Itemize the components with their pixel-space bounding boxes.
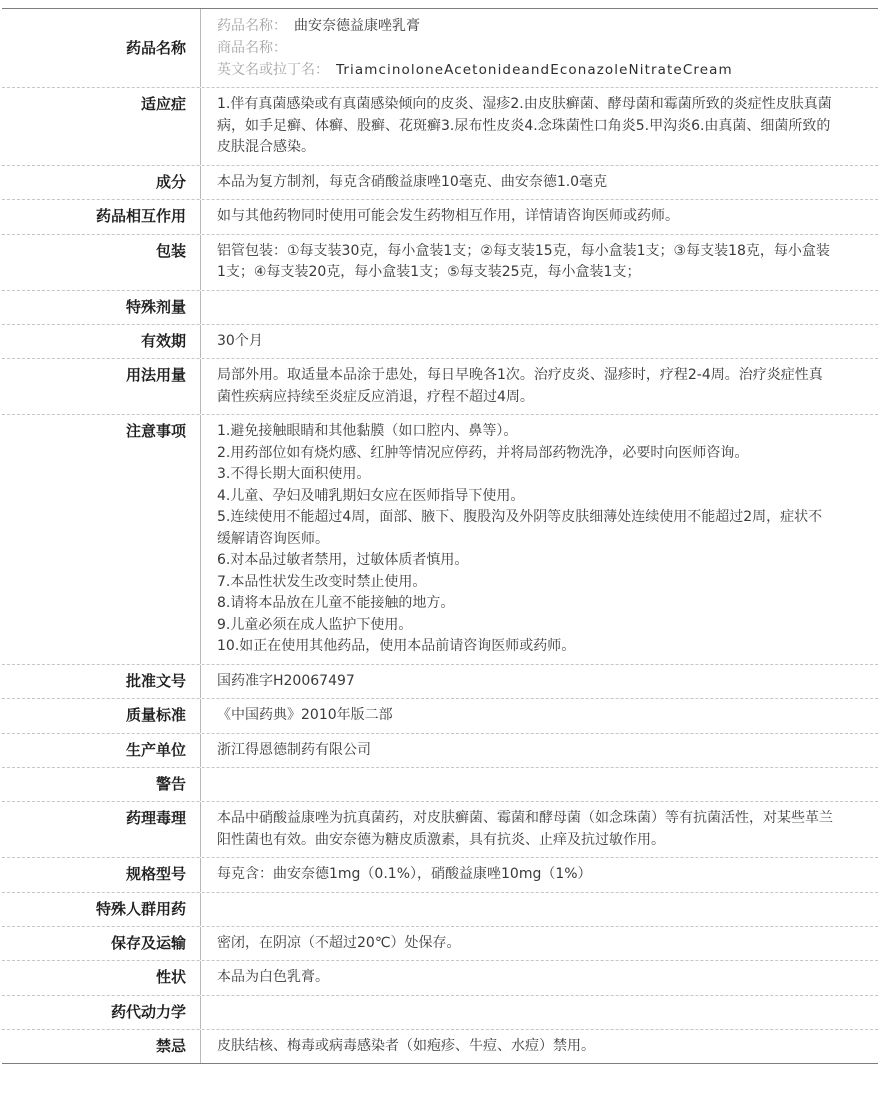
row-drug-name: 药品名称 药品名称：曲安奈德益康唑乳膏 商品名称： 英文名或拉丁名：Triamc… — [2, 9, 878, 87]
row-precautions: 注意事项 1.避免接触眼睛和其他黏膜（如口腔内、鼻等）。 2.用药部位如有烧灼感… — [2, 414, 878, 664]
row-warnings: 警告 — [2, 767, 878, 801]
row-value: 本品中硝酸益康唑为抗真菌药，对皮肤癣菌、霉菌和酵母菌（如念珠菌）等有抗菌活性，对… — [201, 802, 878, 857]
row-label: 有效期 — [2, 325, 201, 359]
row-value — [201, 996, 878, 1029]
row-value: 药品名称：曲安奈德益康唑乳膏 商品名称： 英文名或拉丁名：Triamcinolo… — [201, 9, 878, 87]
row-value: 国药准字H20067497 — [201, 665, 878, 699]
row-label: 保存及运输 — [2, 927, 201, 961]
row-label: 药理毒理 — [2, 802, 201, 857]
row-label: 用法用量 — [2, 359, 201, 414]
row-special-dosage: 特殊剂量 — [2, 290, 878, 324]
row-value: 局部外用。取适量本品涂于患处，每日早晚各1次。治疗皮炎、湿疹时，疗程2-4周。治… — [201, 359, 878, 414]
row-value: 1.避免接触眼睛和其他黏膜（如口腔内、鼻等）。 2.用药部位如有烧灼感、红肿等情… — [201, 415, 878, 664]
row-drug-interactions: 药品相互作用 如与其他药物同时使用可能会发生药物相互作用，详情请咨询医师或药师。 — [2, 199, 878, 234]
row-special-populations: 特殊人群用药 — [2, 892, 878, 926]
row-label: 性状 — [2, 961, 201, 995]
row-value: 《中国药典》2010年版二部 — [201, 699, 878, 733]
row-label: 批准文号 — [2, 665, 201, 699]
row-pharmacology-toxicology: 药理毒理 本品中硝酸益康唑为抗真菌药，对皮肤癣菌、霉菌和酵母菌（如念珠菌）等有抗… — [2, 801, 878, 857]
row-value: 每克含：曲安奈德1mg（0.1%），硝酸益康唑10mg（1%） — [201, 858, 878, 892]
row-label: 药品相互作用 — [2, 200, 201, 234]
row-ingredients: 成分 本品为复方制剂，每克含硝酸益康唑10毫克、曲安奈德1.0毫克 — [2, 165, 878, 200]
generic-name-line: 药品名称：曲安奈德益康唑乳膏 — [217, 15, 836, 37]
row-label: 包装 — [2, 235, 201, 290]
row-quality-standard: 质量标准 《中国药典》2010年版二部 — [2, 698, 878, 733]
trade-name-field-label: 商品名称： — [217, 40, 287, 56]
drug-spec-table: 药品名称 药品名称：曲安奈德益康唑乳膏 商品名称： 英文名或拉丁名：Triamc… — [2, 8, 878, 1064]
row-label: 生产单位 — [2, 734, 201, 768]
row-pharmacokinetics: 药代动力学 — [2, 995, 878, 1029]
row-label: 药品名称 — [2, 9, 201, 87]
row-approval-number: 批准文号 国药准字H20067497 — [2, 664, 878, 699]
row-label: 特殊人群用药 — [2, 893, 201, 926]
generic-name-value: 曲安奈德益康唑乳膏 — [294, 18, 420, 34]
row-value: 皮肤结核、梅毒或病毒感染者（如疱疹、牛痘、水痘）禁用。 — [201, 1030, 878, 1064]
row-label: 禁忌 — [2, 1030, 201, 1064]
row-shelf-life: 有效期 30个月 — [2, 324, 878, 359]
row-packaging: 包装 铝管包装：①每支装30克，每小盒装1支；②每支装15克，每小盒装1支；③每… — [2, 234, 878, 290]
row-description: 性状 本品为白色乳膏。 — [2, 960, 878, 995]
row-label: 警告 — [2, 768, 201, 801]
row-value: 1.伴有真菌感染或有真菌感染倾向的皮炎、湿疹2.由皮肤癣菌、酵母菌和霉菌所致的炎… — [201, 88, 878, 165]
row-value: 如与其他药物同时使用可能会发生药物相互作用，详情请咨询医师或药师。 — [201, 200, 878, 234]
row-value — [201, 291, 878, 324]
row-value: 密闭，在阴凉（不超过20℃）处保存。 — [201, 927, 878, 961]
row-label: 适应症 — [2, 88, 201, 165]
row-value: 浙江得恩德制药有限公司 — [201, 734, 878, 768]
generic-name-field-label: 药品名称： — [217, 18, 287, 34]
row-value — [201, 768, 878, 801]
row-manufacturer: 生产单位 浙江得恩德制药有限公司 — [2, 733, 878, 768]
latin-name-line: 英文名或拉丁名：TriamcinoloneAcetonideandEconazo… — [217, 59, 836, 81]
row-label: 注意事项 — [2, 415, 201, 664]
row-value: 本品为复方制剂，每克含硝酸益康唑10毫克、曲安奈德1.0毫克 — [201, 166, 878, 200]
row-value — [201, 893, 878, 926]
row-storage-transport: 保存及运输 密闭，在阴凉（不超过20℃）处保存。 — [2, 926, 878, 961]
row-dosage-administration: 用法用量 局部外用。取适量本品涂于患处，每日早晚各1次。治疗皮炎、湿疹时，疗程2… — [2, 358, 878, 414]
row-indications: 适应症 1.伴有真菌感染或有真菌感染倾向的皮炎、湿疹2.由皮肤癣菌、酵母菌和霉菌… — [2, 87, 878, 165]
row-label: 质量标准 — [2, 699, 201, 733]
row-label: 特殊剂量 — [2, 291, 201, 324]
row-value: 本品为白色乳膏。 — [201, 961, 878, 995]
row-label: 成分 — [2, 166, 201, 200]
trade-name-line: 商品名称： — [217, 37, 836, 59]
latin-name-field-label: 英文名或拉丁名： — [217, 62, 329, 78]
row-label: 规格型号 — [2, 858, 201, 892]
row-contraindications: 禁忌 皮肤结核、梅毒或病毒感染者（如疱疹、牛痘、水痘）禁用。 — [2, 1029, 878, 1064]
row-value: 铝管包装：①每支装30克，每小盒装1支；②每支装15克，每小盒装1支；③每支装1… — [201, 235, 878, 290]
row-specification: 规格型号 每克含：曲安奈德1mg（0.1%），硝酸益康唑10mg（1%） — [2, 857, 878, 892]
row-label: 药代动力学 — [2, 996, 201, 1029]
latin-name-value: TriamcinoloneAcetonideandEconazoleNitrat… — [336, 62, 733, 78]
row-value: 30个月 — [201, 325, 878, 359]
